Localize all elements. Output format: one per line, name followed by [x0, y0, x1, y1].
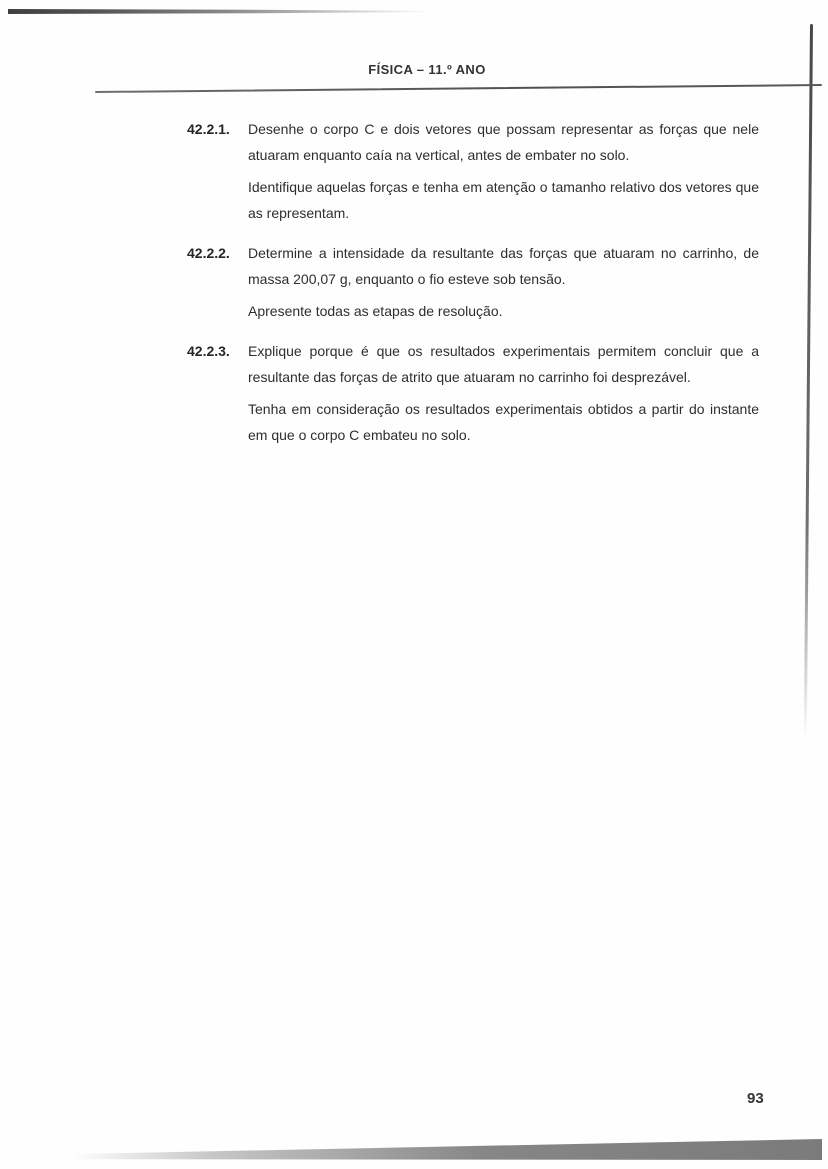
question-paragraph: Desenhe o corpo C e dois vetores que pos…	[248, 116, 759, 168]
page-title: FÍSICA – 11.º ANO	[368, 62, 486, 77]
document-page: FÍSICA – 11.º ANO 42.2.1. Desenhe o corp…	[0, 0, 828, 1169]
question-body: Explique porque é que os resultados expe…	[248, 338, 759, 448]
question-paragraph: Tenha em consideração os resultados expe…	[248, 396, 759, 448]
question-paragraph: Identifique aquelas forças e tenha em at…	[248, 174, 759, 226]
page-header: FÍSICA – 11.º ANO	[0, 61, 828, 79]
page-number: 93	[747, 1090, 764, 1107]
question-item-42-2-3: 42.2.3. Explique porque é que os resulta…	[187, 338, 759, 448]
question-body: Determine a intensidade da resultante da…	[248, 240, 759, 324]
question-paragraph: Apresente todas as etapas de resolução.	[248, 298, 759, 324]
question-paragraph: Explique porque é que os resultados expe…	[248, 338, 759, 390]
question-paragraph: Determine a intensidade da resultante da…	[248, 240, 759, 292]
scan-artifact-right-edge	[804, 24, 813, 736]
question-item-42-2-1: 42.2.1. Desenhe o corpo C e dois vetores…	[187, 116, 759, 226]
question-number: 42.2.1.	[187, 116, 248, 142]
question-number: 42.2.2.	[187, 240, 248, 266]
scan-artifact-top-streak	[8, 9, 433, 14]
scan-artifact-bottom-edge	[72, 1139, 822, 1160]
question-body: Desenhe o corpo C e dois vetores que pos…	[248, 116, 759, 226]
question-item-42-2-2: 42.2.2. Determine a intensidade da resul…	[187, 240, 759, 324]
questions-list: 42.2.1. Desenhe o corpo C e dois vetores…	[187, 116, 759, 462]
question-number: 42.2.3.	[187, 338, 248, 364]
header-rule	[95, 84, 822, 93]
